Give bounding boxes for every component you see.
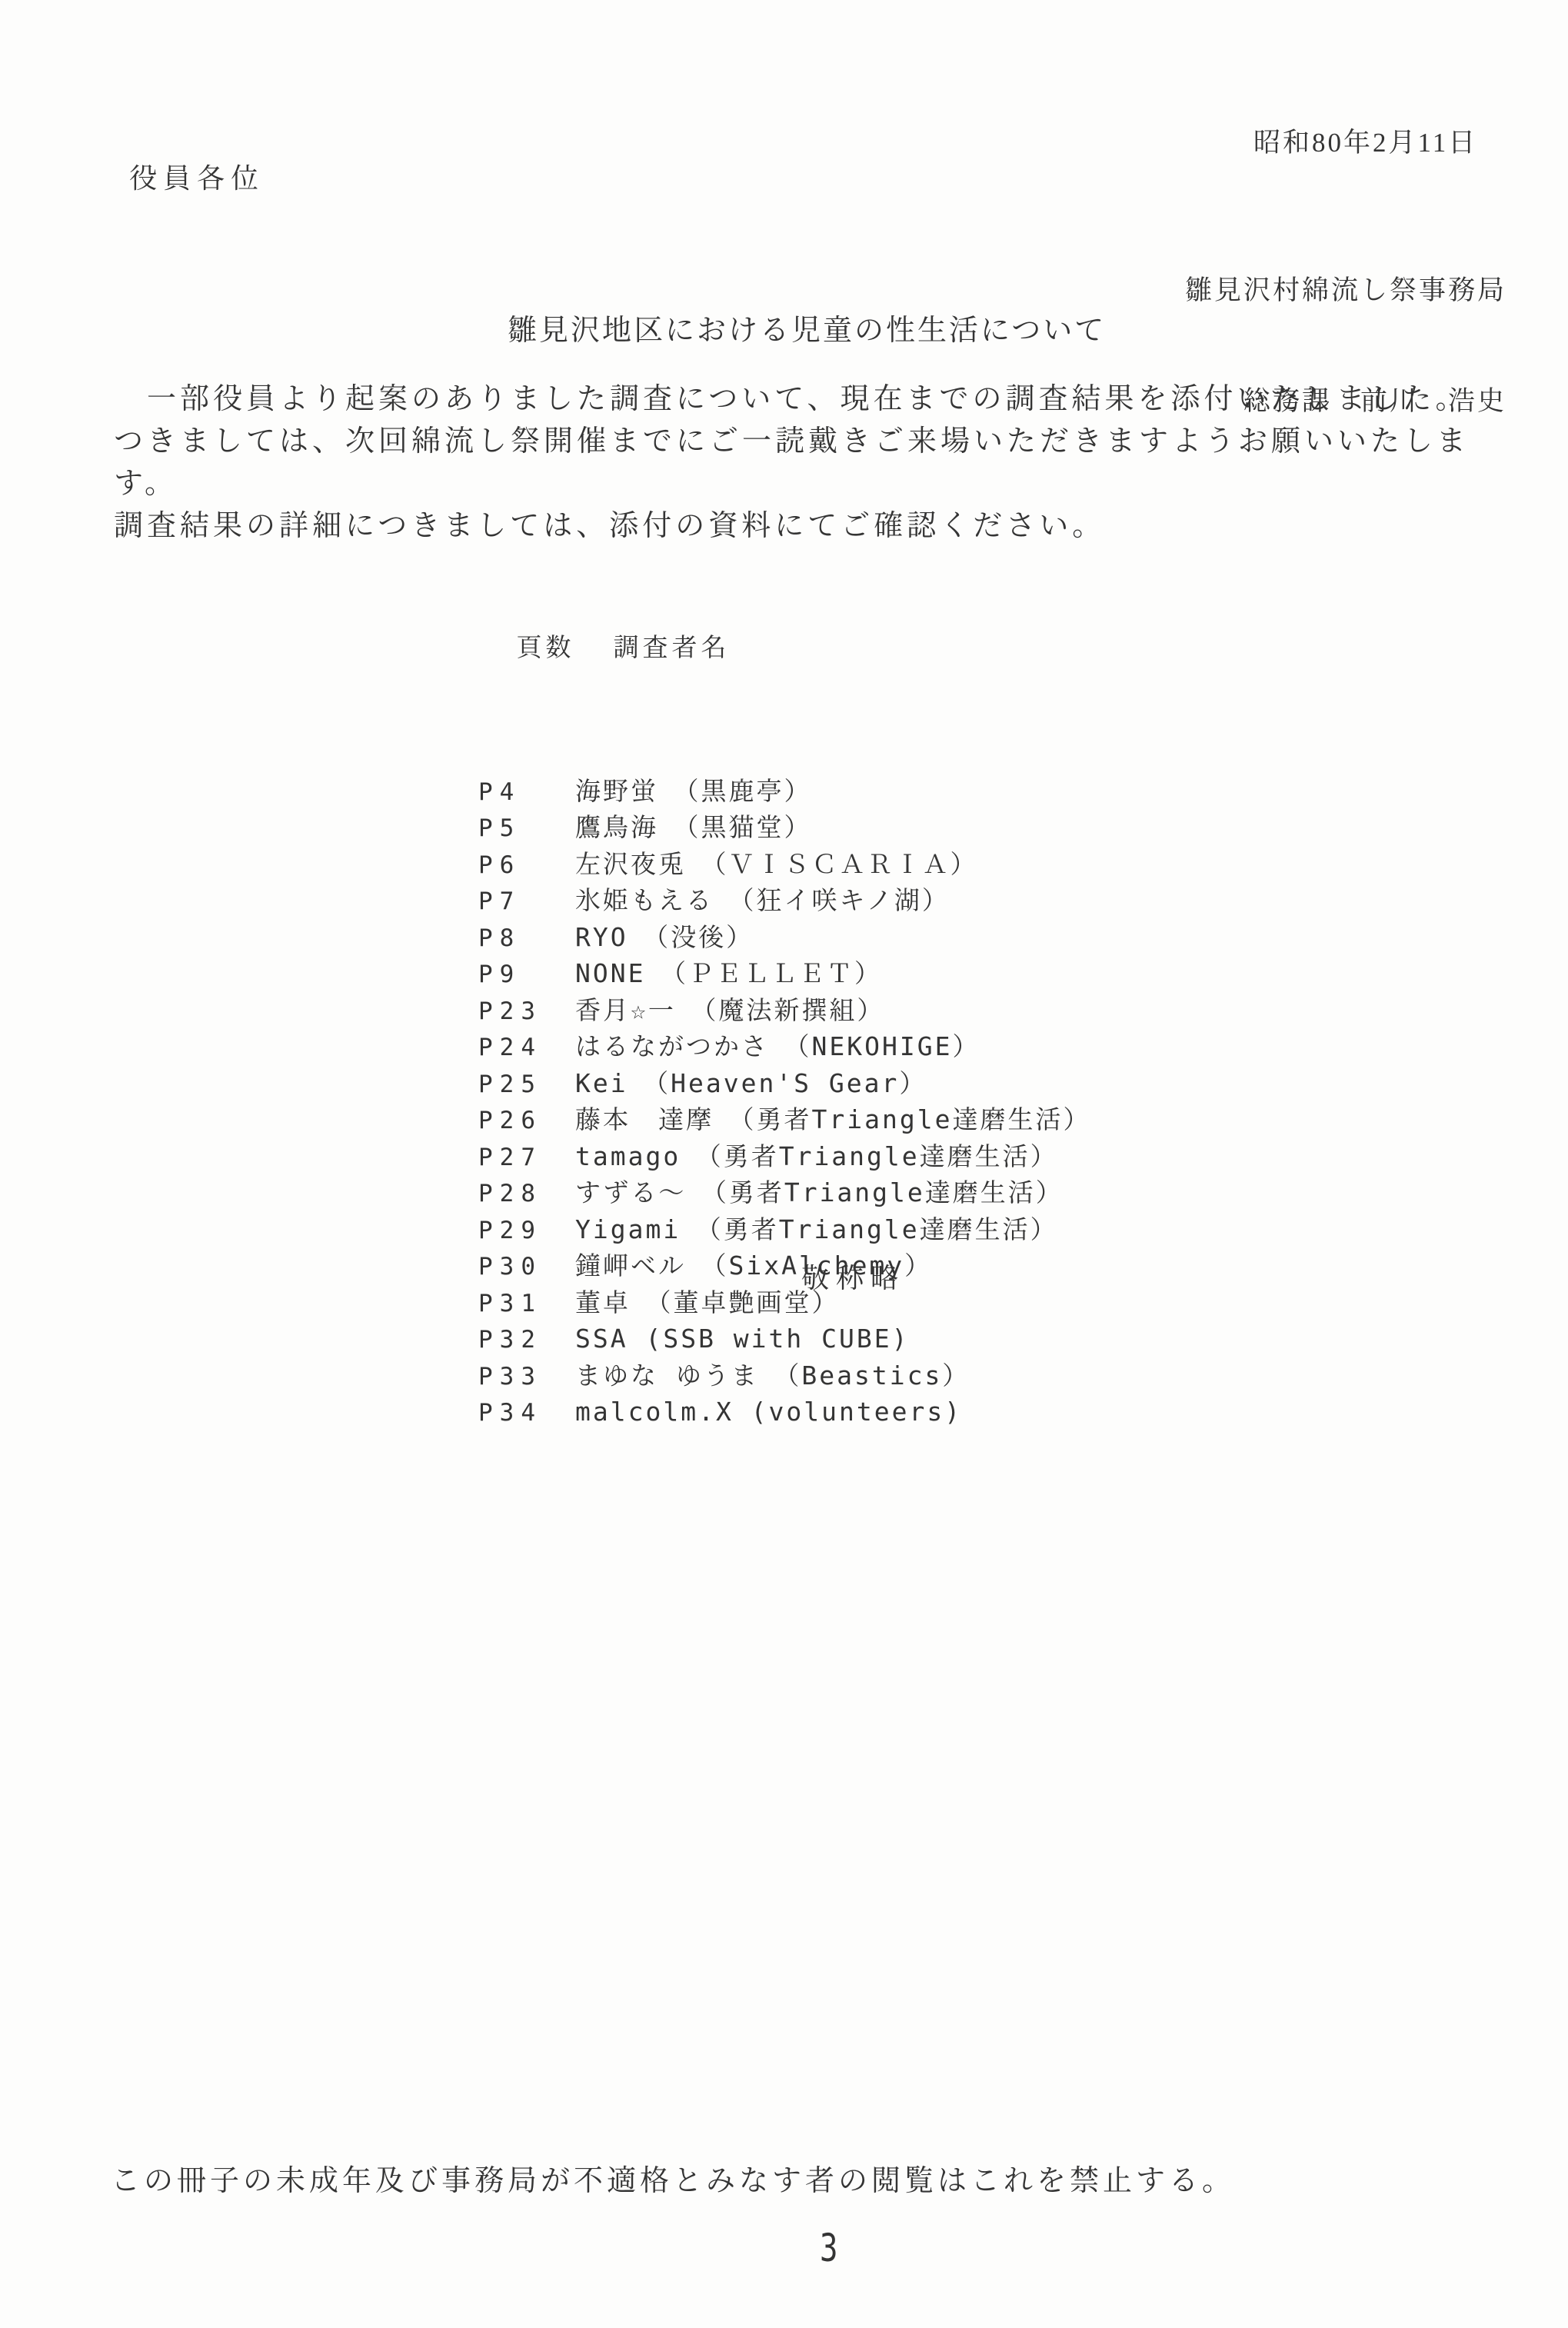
roster-entry: Kei （Heaven'S Gear） [575,1068,927,1098]
roster-page-ref: P25 [478,1067,575,1103]
roster-entry: RYO （没後） [575,922,754,952]
roster-row: P30鐘岬ベル （SixAlchemy） [478,1248,1090,1285]
roster-page-ref: P7 [478,884,575,920]
roster-entry: 香月☆一 （魔法新撰組） [575,995,884,1025]
roster-page-ref: P32 [478,1322,575,1358]
page-number: 3 [820,2226,837,2270]
roster-header-row: 頁数調査者名 [478,594,1090,702]
roster-entry: Yigami （勇者Triangle達磨生活） [575,1214,1058,1244]
roster-row: P7氷姫もえる （狂イ咲キノ湖） [478,883,1090,920]
roster-page-ref: P6 [478,848,575,884]
roster-entry: はるながつかさ （NEKOHIGE） [575,1031,980,1061]
roster-row: P24はるながつかさ （NEKOHIGE） [478,1029,1090,1066]
roster-row: P33まゆな ゆうま （Beastics） [478,1358,1090,1395]
roster-page-ref: P31 [478,1286,575,1322]
roster-row: P5鷹鳥海 （黒猫堂） [478,810,1090,847]
roster-page-ref: P27 [478,1140,575,1176]
roster-row: P6左沢夜兎 （ＶＩＳＣＡＲＩＡ） [478,847,1090,884]
roster-page-ref: P33 [478,1359,575,1395]
roster-row: P25Kei （Heaven'S Gear） [478,1066,1090,1103]
roster-entry: 海野蛍 （黒鹿亭） [575,776,812,806]
roster-page-ref: P24 [478,1030,575,1066]
roster-row: P31董卓 （董卓艶画堂） [478,1285,1090,1322]
roster-page-ref: P30 [478,1249,575,1285]
roster-row: P23香月☆一 （魔法新撰組） [478,993,1090,1030]
roster-entry: malcolm.X (volunteers) [575,1397,962,1427]
roster-entry: NONE （ＰＥＬＬＥＴ） [575,958,882,988]
roster-page-ref: P23 [478,994,575,1030]
roster-rows: P4海野蛍 （黒鹿亭）P5鷹鳥海 （黒猫堂）P6左沢夜兎 （ＶＩＳＣＡＲＩＡ）P… [478,774,1090,1431]
roster-row: P9NONE （ＰＥＬＬＥＴ） [478,956,1090,993]
roster-page-ref: P34 [478,1395,575,1431]
sender-organization: 雛見沢村綿流し祭事務局 [1185,272,1506,309]
document-date: 昭和80年2月11日 [1253,122,1477,160]
roster-entry: tamago （勇者Triangle達磨生活） [575,1141,1058,1171]
document-title: 雛見沢地区における児童の性生活について [508,306,1106,348]
roster-entry: すずる～ （勇者Triangle達磨生活） [575,1177,1064,1207]
roster-entry: 氷姫もえる （狂イ咲キノ湖） [575,885,950,915]
recipient-line: 役員各位 [129,157,265,196]
roster-row: P27tamago （勇者Triangle達磨生活） [478,1139,1090,1176]
roster-row: P4海野蛍 （黒鹿亭） [478,774,1090,811]
roster-page-ref: P28 [478,1176,575,1212]
roster-row: P8RYO （没後） [478,920,1090,957]
roster-row: P28すずる～ （勇者Triangle達磨生活） [478,1175,1090,1212]
roster-entry: 左沢夜兎 （ＶＩＳＣＡＲＩＡ） [575,849,978,879]
roster-entry: SSA (SSB with CUBE) [575,1324,910,1354]
body-paragraph: 一部役員より起案のありました調査について、現在までの調査結果を添付いたしました。… [114,378,1521,548]
roster-header-name: 調査者名 [614,634,731,662]
roster-row: P29Yigami （勇者Triangle達磨生活） [478,1212,1090,1249]
roster-entry: 鷹鳥海 （黒猫堂） [575,812,812,842]
roster-page-ref: P4 [478,774,575,811]
roster-entry: 董卓 （董卓艶画堂） [575,1287,840,1317]
roster-page-ref: P9 [478,957,575,993]
roster-header-page: 頁数 [517,631,614,667]
roster-page-ref: P26 [478,1103,575,1139]
roster-row: P34malcolm.X (volunteers) [478,1394,1090,1431]
roster-page-ref: P8 [478,921,575,957]
roster-page-ref: P29 [478,1213,575,1249]
honorifics-omitted-note: 敬称略 [801,1257,905,1296]
roster-row: P32SSA (SSB with CUBE) [478,1321,1090,1358]
roster-row: P26藤本 達摩 （勇者Triangle達磨生活） [478,1102,1090,1139]
scanned-memo-page: 昭和80年2月11日 役員各位 雛見沢村綿流し祭事務局 総務課 前川 浩史 雛見… [0,0,1568,2328]
viewing-restriction-note: この冊子の未成年及び事務局が不適格とみなす者の閲覧はこれを禁止する。 [111,2156,1235,2199]
roster-entry: 藤本 達摩 （勇者Triangle達磨生活） [575,1104,1090,1134]
contributor-roster: 頁数調査者名 P4海野蛍 （黒鹿亭）P5鷹鳥海 （黒猫堂）P6左沢夜兎 （ＶＩＳ… [478,523,1090,1503]
roster-entry: まゆな ゆうま （Beastics） [575,1360,970,1390]
roster-page-ref: P5 [478,811,575,847]
